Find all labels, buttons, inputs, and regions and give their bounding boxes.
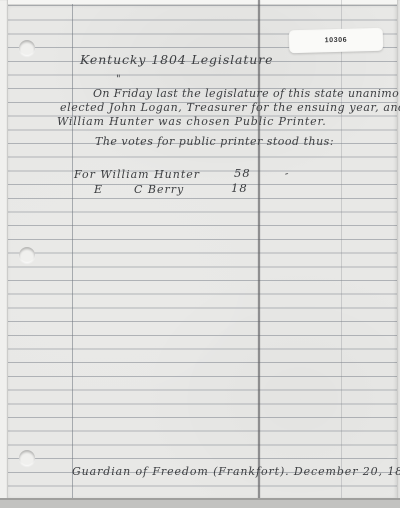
scan-edge-left: [0, 0, 8, 508]
body-line-2: elected John Logan, Treasurer for the en…: [60, 102, 400, 113]
vote-row-2-candidate: C Berry: [134, 184, 184, 195]
source-citation: Guardian of Freedom (Frankfort). Decembe…: [72, 466, 400, 477]
ditto-mark: ″: [285, 174, 288, 183]
vote-row-2-prefix: E: [94, 184, 102, 195]
vote-row-1-candidate: For William Hunter: [74, 169, 200, 180]
paper-margin-line: [72, 4, 73, 498]
center-fold-crease: [258, 0, 260, 508]
vote-row-2-count: 18: [231, 183, 248, 195]
handwritten-title: Kentucky 1804 Legislature: [80, 54, 273, 67]
opening-quote-mark: ": [116, 75, 122, 85]
body-line-4: The votes for public printer stood thus:: [95, 136, 334, 147]
catalog-number: 10306: [325, 37, 348, 45]
body-line-1: On Friday last the legislature of this s…: [93, 88, 400, 99]
notebook-paper: [8, 4, 397, 498]
punch-hole-middle: [19, 247, 35, 263]
punch-hole-bottom: [19, 450, 35, 466]
body-line-3: William Hunter was chosen Public Printer…: [57, 116, 327, 127]
vote-row-1-count: 58: [234, 168, 251, 180]
scanned-notebook-page: 10306 Kentucky 1804 Legislature " On Fri…: [0, 0, 400, 508]
right-fold-crease: [341, 0, 342, 508]
catalog-label-sticker: 10306: [289, 28, 384, 53]
scan-edge-bottom: [0, 498, 400, 508]
punch-hole-top: [19, 40, 35, 56]
